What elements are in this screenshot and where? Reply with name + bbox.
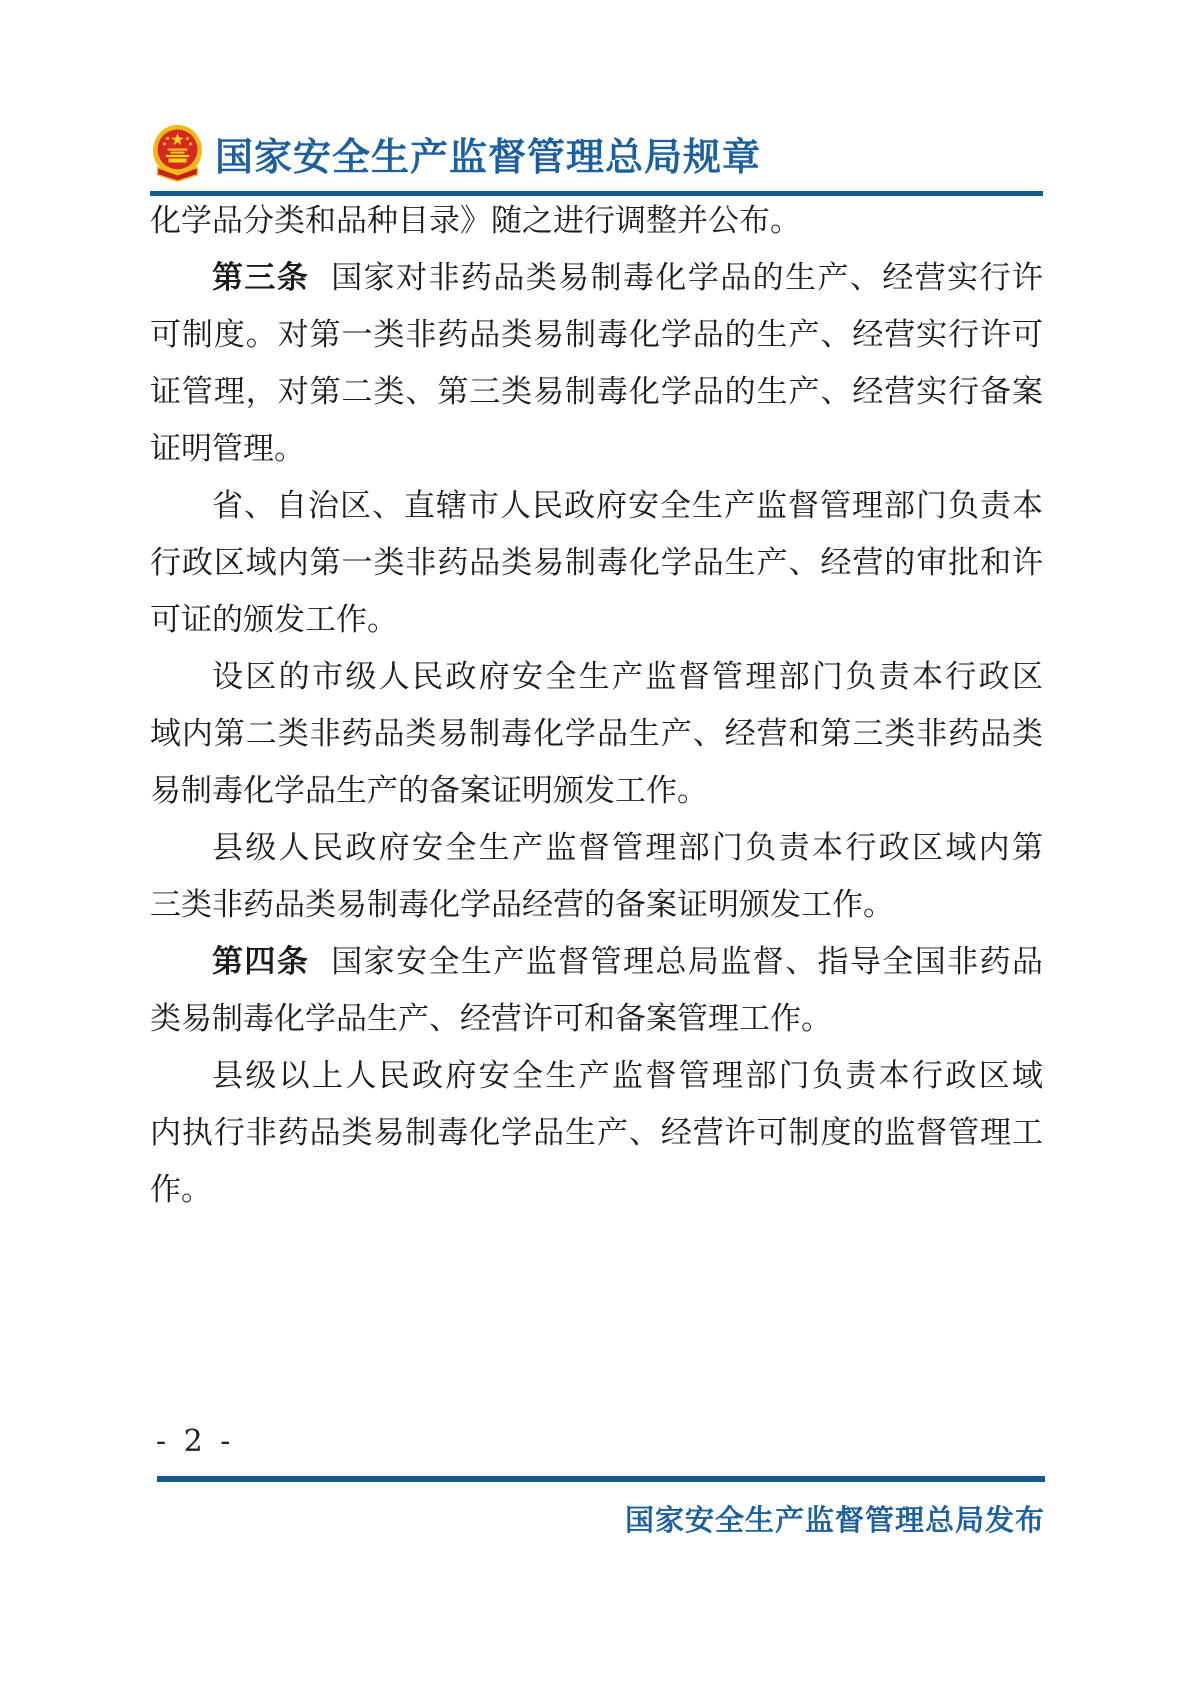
text-line: 证管理，对第二类、第三类易制毒化学品的生产、经营实行备案	[150, 363, 1043, 420]
line-text: 证明管理。	[150, 431, 305, 466]
text-line: 内执行非药品类易制毒化学品生产、经营许可制度的监督管理工	[150, 1104, 1043, 1161]
text-line: 设区的市级人民政府安全生产监督管理部门负责本行政区	[150, 648, 1043, 705]
line-text: 三类非药品类易制毒化学品经营的备案证明颁发工作。	[150, 887, 894, 922]
line-text: 省、自治区、直辖市人民政府安全生产监督管理部门负责本	[212, 488, 1043, 523]
text-line: 证明管理。	[150, 420, 1043, 477]
article-number: 第四条	[212, 944, 309, 979]
text-line: 化学品分类和品种目录》随之进行调整并公布。	[150, 192, 1043, 249]
line-text: 国家安全生产监督管理总局监督、指导全国非药品	[331, 944, 1043, 979]
line-text: 设区的市级人民政府安全生产监督管理部门负责本行政区	[212, 659, 1043, 694]
text-line: 类易制毒化学品生产、经营许可和备案管理工作。	[150, 990, 1043, 1047]
document-body: 化学品分类和品种目录》随之进行调整并公布。第三条国家对非药品类易制毒化学品的生产…	[150, 192, 1043, 1218]
text-line: 县级以上人民政府安全生产监督管理部门负责本行政区域	[150, 1047, 1043, 1104]
footer-rule	[157, 1476, 1045, 1482]
text-line: 可证的颁发工作。	[150, 591, 1043, 648]
line-text: 可证的颁发工作。	[150, 602, 398, 637]
page-header: 国家安全生产监督管理总局规章	[150, 122, 1043, 184]
text-line: 第三条国家对非药品类易制毒化学品的生产、经营实行许	[150, 249, 1043, 306]
national-emblem-icon	[150, 124, 205, 182]
line-text: 类易制毒化学品生产、经营许可和备案管理工作。	[150, 1001, 832, 1036]
article-number: 第三条	[212, 260, 309, 295]
line-text: 行政区域内第一类非药品类易制毒化学品生产、经营的审批和许	[150, 545, 1043, 580]
document-page: 国家安全生产监督管理总局规章 化学品分类和品种目录》随之进行调整并公布。第三条国…	[0, 0, 1190, 1683]
text-line: 县级人民政府安全生产监督管理部门负责本行政区域内第	[150, 819, 1043, 876]
text-line: 第四条国家安全生产监督管理总局监督、指导全国非药品	[150, 933, 1043, 990]
text-line: 三类非药品类易制毒化学品经营的备案证明颁发工作。	[150, 876, 1043, 933]
line-text: 证管理，对第二类、第三类易制毒化学品的生产、经营实行备案	[150, 374, 1043, 409]
line-text: 作。	[150, 1172, 212, 1207]
line-text: 可制度。对第一类非药品类易制毒化学品的生产、经营实行许可	[150, 317, 1043, 352]
line-text: 域内第二类非药品类易制毒化学品生产、经营和第三类非药品类	[150, 716, 1043, 751]
footer-publisher: 国家安全生产监督管理总局发布	[157, 1498, 1045, 1539]
text-line: 省、自治区、直辖市人民政府安全生产监督管理部门负责本	[150, 477, 1043, 534]
line-text: 易制毒化学品生产的备案证明颁发工作。	[150, 773, 708, 808]
header-title: 国家安全生产监督管理总局规章	[215, 126, 761, 181]
line-text: 县级人民政府安全生产监督管理部门负责本行政区域内第	[212, 830, 1043, 865]
page-number: - 2 -	[156, 1424, 234, 1459]
text-line: 行政区域内第一类非药品类易制毒化学品生产、经营的审批和许	[150, 534, 1043, 591]
text-line: 域内第二类非药品类易制毒化学品生产、经营和第三类非药品类	[150, 705, 1043, 762]
text-line: 作。	[150, 1161, 1043, 1218]
line-text: 化学品分类和品种目录》随之进行调整并公布。	[150, 203, 801, 238]
text-line: 易制毒化学品生产的备案证明颁发工作。	[150, 762, 1043, 819]
line-text: 县级以上人民政府安全生产监督管理部门负责本行政区域	[212, 1058, 1043, 1093]
line-text: 国家对非药品类易制毒化学品的生产、经营实行许	[331, 260, 1043, 295]
text-line: 可制度。对第一类非药品类易制毒化学品的生产、经营实行许可	[150, 306, 1043, 363]
line-text: 内执行非药品类易制毒化学品生产、经营许可制度的监督管理工	[150, 1115, 1043, 1150]
